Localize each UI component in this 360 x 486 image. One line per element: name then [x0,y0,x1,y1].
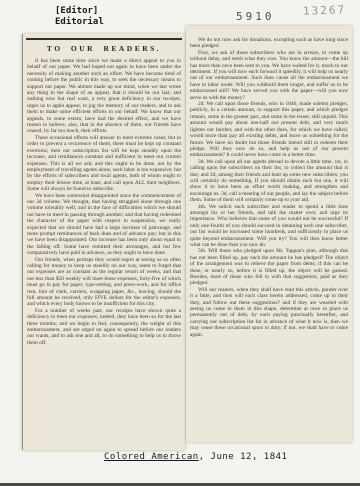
article-paragraph: These occasional efforts will answer to … [23,135,185,193]
article-paragraph: We do not now ask for donations, excepti… [186,37,352,50]
article-paragraph: Our friends, when perhaps they would reg… [23,257,185,308]
scanned-document-page: [Editor] Editorial 5910 13267 TO OUR REA… [0,0,360,486]
newspaper-clipping-left-column: TO OUR READERS. It has been some time si… [22,34,185,450]
article-paragraph: We have been somewhat disappointed since… [23,193,185,257]
article-paragraph: 5th. Will those who pledged upon Mr. Tap… [186,248,352,286]
newspaper-clipping-right-column: We do not now ask for donations, excepti… [186,26,352,442]
article-paragraph: 3d. We call upon all our agents abroad t… [186,159,352,204]
citation-source-title: Colored American [104,452,199,462]
archive-stamp-number: 5910 [236,10,275,23]
article-paragraph: 2d. We call upon those friends, who in 1… [186,101,352,159]
citation-date: , June 12, 1841 [199,452,288,462]
archive-stamp-number-light: 13267 [303,3,347,17]
article-paragraph: First, we ask of those subscribers who a… [186,50,352,101]
article-paragraph: Will our readers, when they shall have r… [186,287,352,338]
article-paragraph: It has been some time since we made a di… [23,58,185,135]
article-paragraph: For a number of weeks past, our receipts… [23,308,185,346]
source-citation: Colored American, June 12, 1841 [104,452,287,462]
article-paragraph: 4th. We solicit each subscriber and read… [186,204,352,249]
article-title: TO OUR READERS. [26,38,182,55]
editor-annotation-label: [Editor] Editorial [55,6,104,28]
